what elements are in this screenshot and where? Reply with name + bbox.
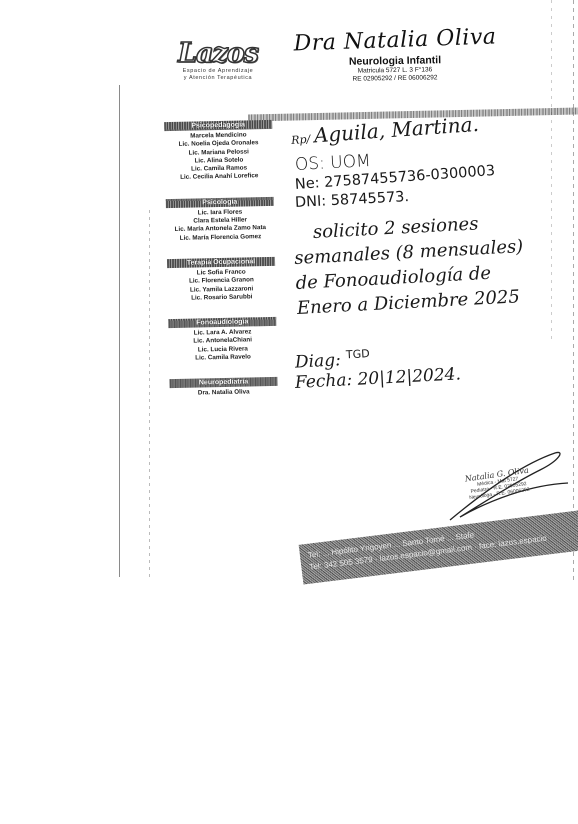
section-title: Psicología bbox=[166, 197, 274, 208]
staff-member: Lic. María Florencia Gomez bbox=[161, 232, 279, 243]
prescription-body: Rp/Aguila, Martina. OS: UOM Ne: 27587455… bbox=[295, 125, 578, 393]
diagnosis-code: TGD bbox=[346, 347, 370, 361]
prescription-request: solicito 2 sesiones semanales (8 mensual… bbox=[292, 206, 578, 321]
staff-section: Terapia OcupacionalLic Sofia FrancoLic. … bbox=[162, 250, 281, 304]
staff-section: PsicologíaLic. Iara FloresClara Estela H… bbox=[161, 190, 280, 244]
section-title: Terapia Ocupacional bbox=[167, 257, 275, 268]
staff-member: Dra. Natalia Oliva bbox=[165, 388, 283, 399]
doctor-header: Dra Natalia Oliva Neurologia Infantil Ma… bbox=[290, 28, 500, 83]
section-title: Fonoaudiología bbox=[168, 317, 276, 328]
scanned-prescription: Lazos Espacio de Aprendizaje y Atención … bbox=[150, 0, 578, 578]
date-label: Fecha: bbox=[294, 370, 352, 393]
clinic-logo: Lazos Espacio de Aprendizaje y Atención … bbox=[170, 40, 266, 82]
staff-member: Lic. Rosario Sarubbi bbox=[163, 293, 281, 304]
diagnosis-label: Diag: bbox=[295, 350, 342, 372]
staff-section: PsicopedagogíaMarcela MendicinoLic. Noel… bbox=[159, 113, 278, 183]
footer-contact-band: Tel: ... Hipólito Yrigoyen ... Santo Tom… bbox=[299, 509, 578, 584]
staff-member: Lic. Camila Ravelo bbox=[164, 353, 282, 364]
doctor-name: Dra Natalia Oliva bbox=[290, 24, 501, 56]
logo-subtitle: y Atención Terapéutica bbox=[170, 75, 266, 82]
staff-member: Lic. Cecilia Anahí Lorefice bbox=[160, 172, 278, 183]
section-title: Neuropediatría bbox=[169, 377, 277, 388]
staff-sidebar: PsicopedagogíaMarcela MendicinoLic. Noel… bbox=[159, 113, 283, 408]
staff-section: FonoaudiologíaLic. Lara A. AlvarezLic. A… bbox=[163, 310, 282, 364]
rx-prefix: Rp/ bbox=[291, 133, 311, 147]
logo-subtitle: Espacio de Aprendizaje bbox=[170, 68, 266, 75]
logo-wordmark: Lazos bbox=[170, 40, 266, 68]
page-edge-line bbox=[119, 85, 120, 577]
staff-section: NeuropediatríaDra. Natalia Oliva bbox=[164, 370, 283, 399]
section-title: Psicopedagogía bbox=[164, 120, 272, 131]
